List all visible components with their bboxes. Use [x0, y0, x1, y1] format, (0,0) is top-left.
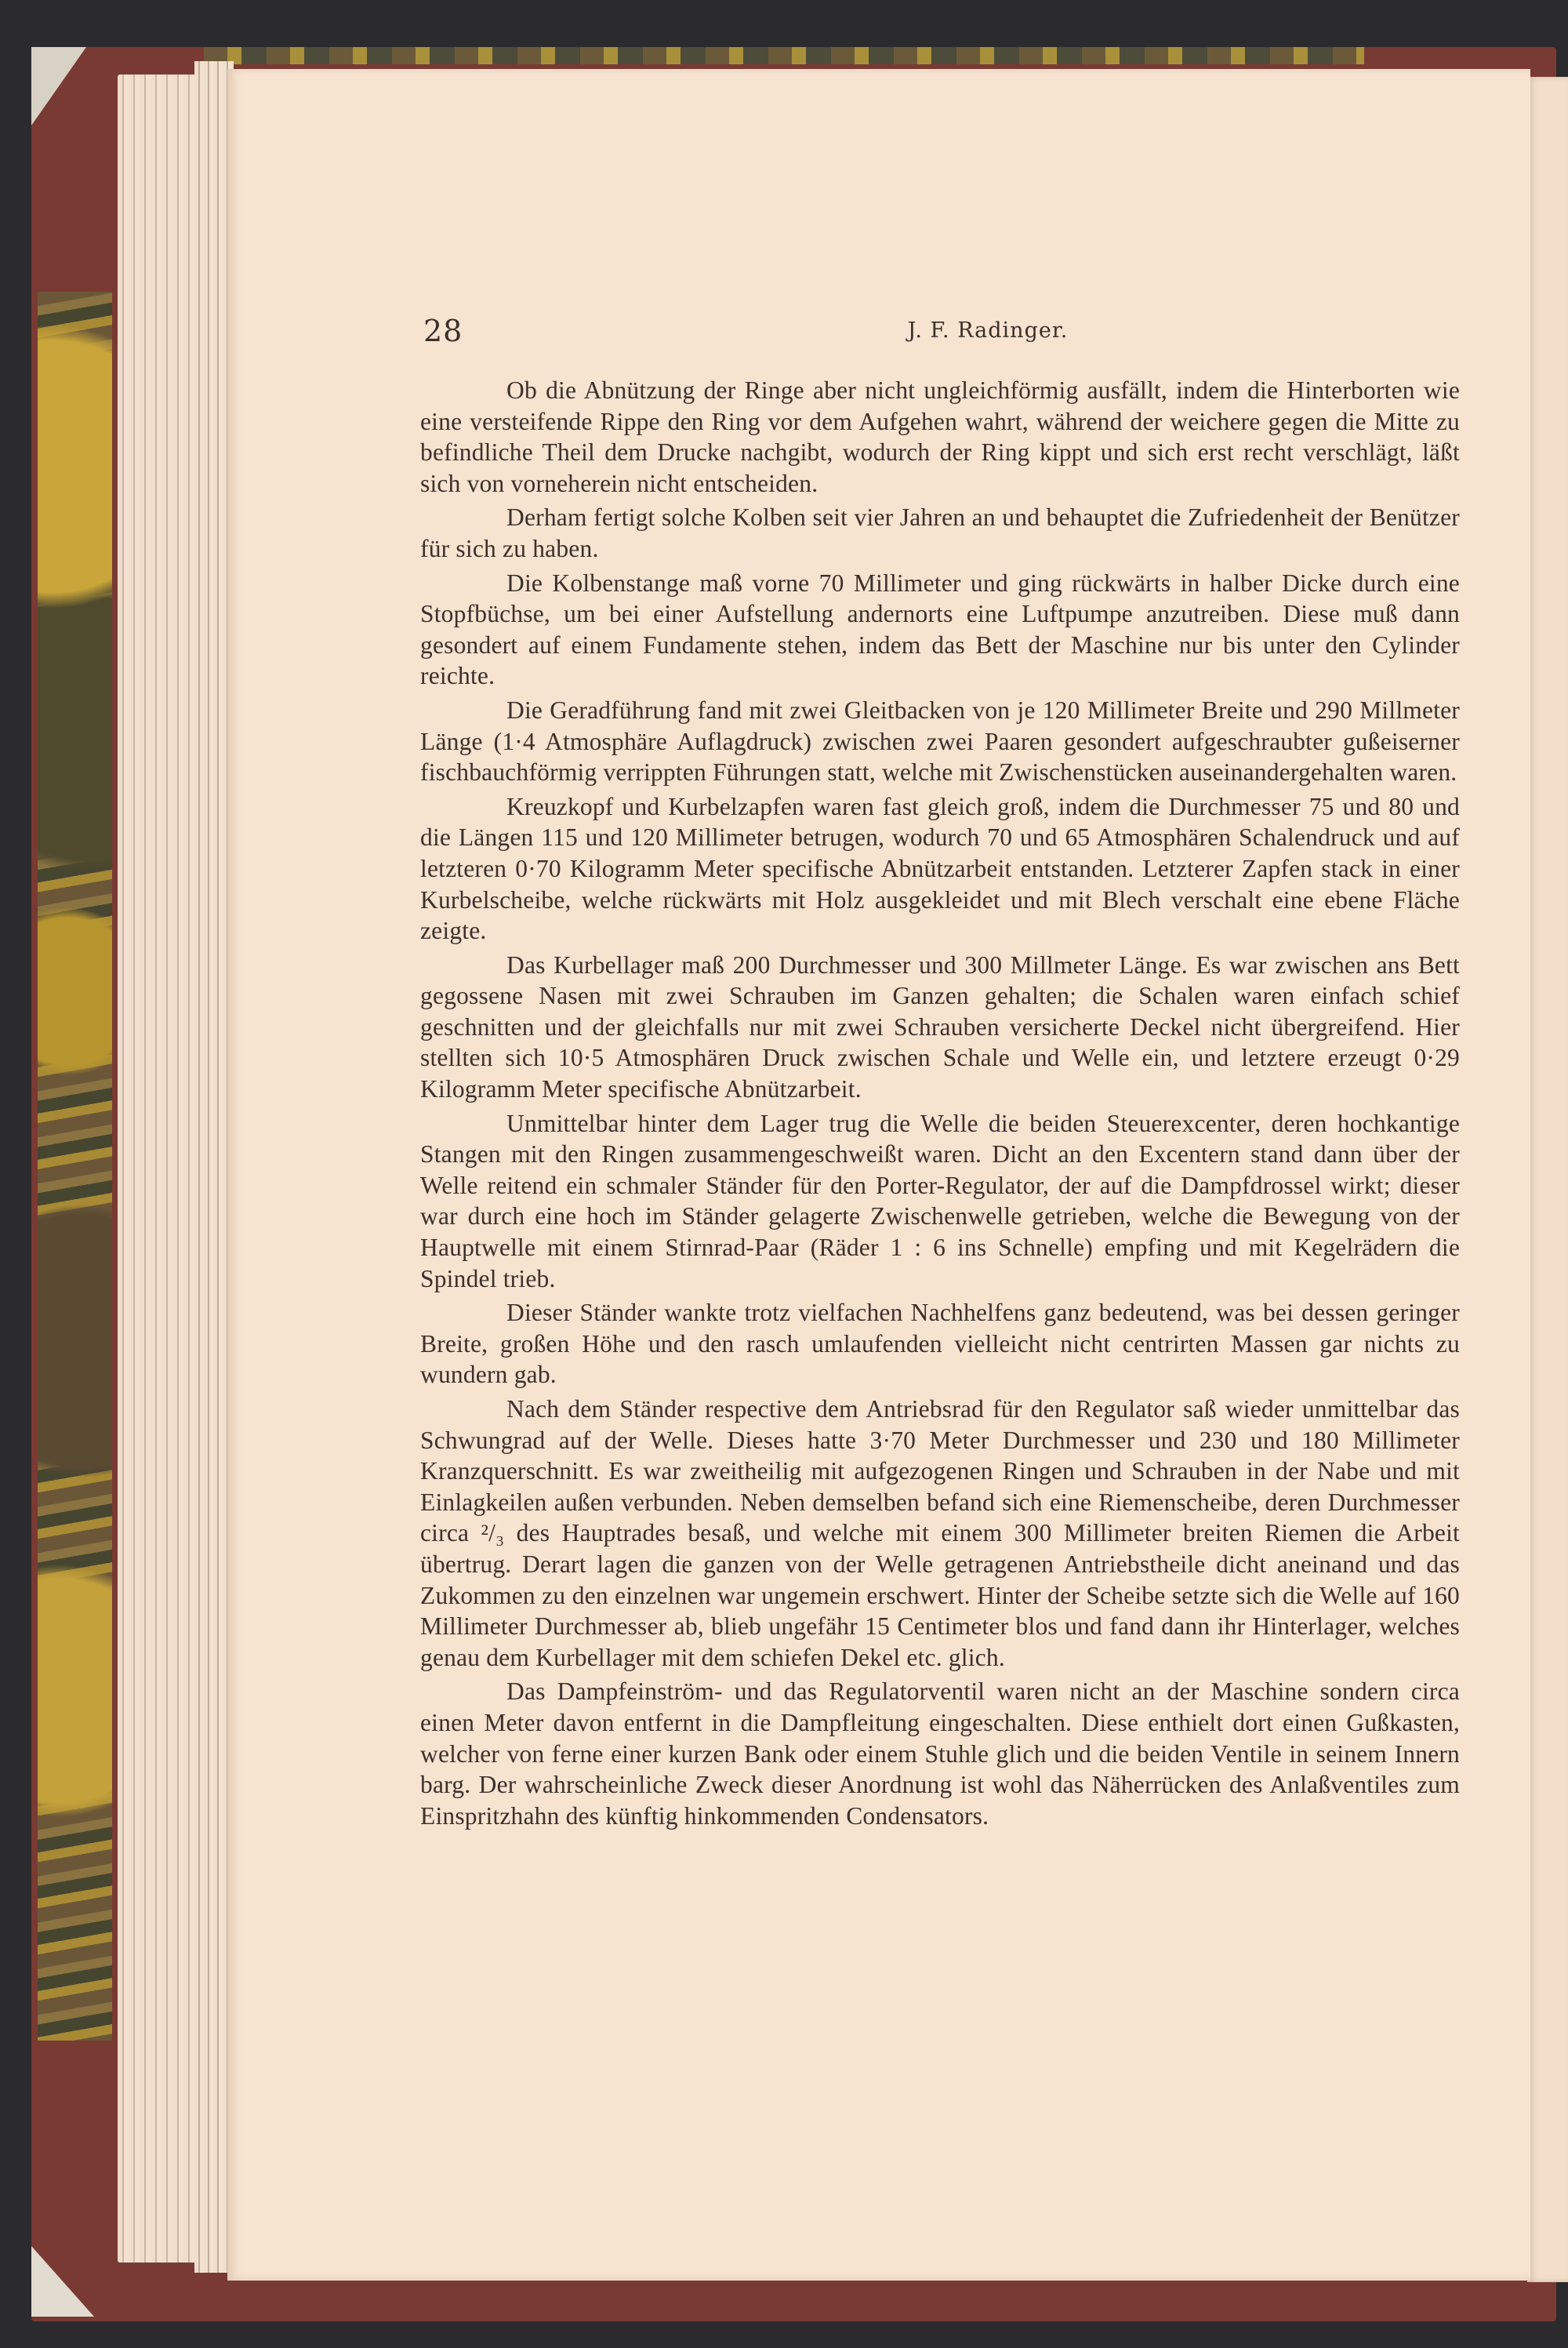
body-text: Ob die Abnützung der Ringe aber nicht un… — [420, 375, 1460, 1834]
paragraph: Nach dem Ständer respective dem Antriebs… — [420, 1394, 1460, 1673]
paragraph: Das Dampfeinström- und das Regulatorvent… — [420, 1676, 1460, 1831]
paragraph: Die Geradführung fand mit zwei Gleitback… — [420, 695, 1460, 788]
marbled-board — [38, 292, 112, 2041]
paragraph: Dieser Ständer wankte trotz vielfachen N… — [420, 1297, 1460, 1390]
paragraph: Kreuzkopf und Kurbelzapfen waren fast gl… — [420, 791, 1460, 947]
paragraph: Ob die Abnützung der Ringe aber nicht un… — [420, 375, 1460, 499]
running-head: 28 J. F. Radinger. — [423, 314, 1443, 353]
paragraph: Das Kurbellager maß 200 Durchmesser und … — [420, 950, 1460, 1105]
facing-page-edge — [1527, 77, 1568, 2282]
running-head-title: J. F. Radinger. — [423, 318, 1443, 343]
paragraph: Unmittelbar hinter dem Lager trug die We… — [420, 1108, 1460, 1295]
paragraph: Die Kolbenstange maß vorne 70 Millimeter… — [420, 568, 1460, 692]
paragraph: Derham fertigt solche Kolben seit vier J… — [420, 502, 1460, 564]
marbled-board-top — [204, 47, 1364, 64]
